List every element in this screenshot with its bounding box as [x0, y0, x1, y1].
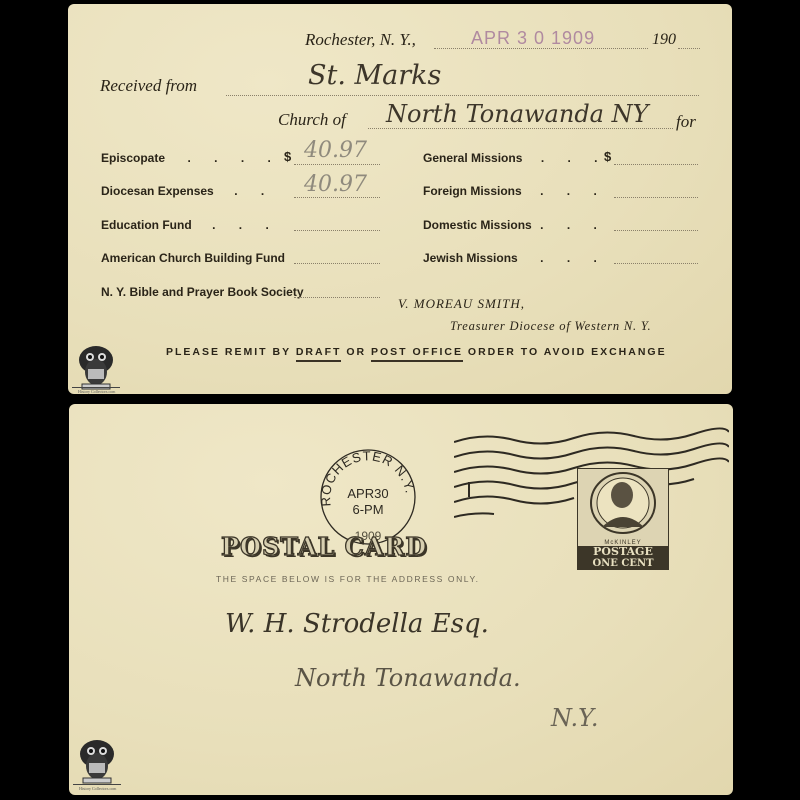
for-label: for [676, 112, 696, 132]
postcard-front: Rochester, N. Y., APR 3 0 1909 190 Recei… [68, 4, 732, 394]
logo-caption: History Collectors.com [78, 389, 115, 394]
address-line-3: N.Y. [551, 704, 598, 732]
fund-row-episcopate: Episcopate . . . . [101, 149, 281, 167]
city-label: Rochester, N. Y., [305, 30, 416, 50]
fund-leader: . . . [540, 251, 607, 265]
fund-label: Diocesan Expenses [101, 184, 214, 198]
church-of-line [368, 128, 673, 129]
fund-label: N. Y. Bible and Prayer Book Society [101, 285, 304, 299]
fund-leader: . . . . [187, 151, 280, 165]
received-date-stamp: APR 3 0 1909 [471, 28, 595, 49]
address-line-2: North Tonawanda. [295, 664, 521, 692]
amount-line [614, 197, 698, 198]
church-of-label: Church of [278, 110, 346, 130]
fund-label: Education Fund [101, 218, 192, 232]
stamp-postage: POSTAGE [578, 546, 668, 558]
postmark-date: APR30 [347, 486, 388, 501]
fund-row-domestic-missions: Domestic Missions . . . [423, 216, 607, 234]
amount-line [614, 263, 698, 264]
treasurer-name: V. MOREAU SMITH, [398, 296, 525, 312]
remit-text: ORDER TO AVOID EXCHANGE [463, 346, 667, 358]
remit-text: PLEASE REMIT BY [166, 346, 296, 358]
fund-row-general-missions: General Missions . . . [423, 149, 608, 167]
received-from-value: St. Marks [308, 60, 441, 91]
treasurer-title: Treasurer Diocese of Western N. Y. [450, 319, 651, 334]
fund-label: Jewish Missions [423, 251, 518, 265]
received-from-label: Received from [100, 76, 197, 96]
currency-sign: $ [284, 149, 291, 164]
postmark-time: 6-PM [352, 502, 383, 517]
fund-row-education-fund: Education Fund . . . [101, 216, 279, 234]
postage-stamp: McKINLEY POSTAGE ONE CENT [577, 468, 669, 570]
logo-rule [72, 387, 120, 388]
mckinley-portrait-icon [578, 469, 668, 535]
year-prefix: 190 [652, 31, 676, 49]
fund-label: American Church Building Fund [101, 251, 285, 265]
fund-label: Foreign Missions [423, 184, 522, 198]
received-from-line [226, 95, 699, 96]
amount-line [294, 230, 380, 231]
fund-row-bible-prayer-book: N. Y. Bible and Prayer Book Society [101, 283, 304, 301]
postal-card-heading: POSTAL CARD [221, 532, 427, 561]
currency-sign: $ [604, 149, 611, 164]
fund-leader: . . . [540, 218, 607, 232]
fund-label: General Missions [423, 151, 522, 165]
logo-caption: History Collectors.com [79, 786, 116, 791]
amount-line [294, 263, 380, 264]
fund-row-foreign-missions: Foreign Missions . . . [423, 182, 607, 200]
amount-line [294, 197, 380, 198]
year-line [678, 48, 700, 49]
fund-leader: . . . [540, 184, 607, 198]
remit-or: OR [341, 346, 371, 358]
remit-draft: DRAFT [296, 346, 342, 362]
address-only-note: THE SPACE BELOW IS FOR THE ADDRESS ONLY. [216, 574, 480, 584]
fund-leader: . . . [541, 151, 608, 165]
logo-rule [73, 784, 121, 785]
fund-row-american-church-building: American Church Building Fund [101, 249, 285, 267]
fund-label: Episcopate [101, 151, 165, 165]
church-of-value: North Tonawanda NY [386, 100, 648, 128]
stamp-value: ONE CENT [578, 558, 668, 570]
fund-row-diocesan-expenses: Diocesan Expenses . . [101, 182, 274, 200]
amount-line [614, 164, 698, 165]
postcard-back: ROCHESTER N.Y. APR30 6-PM 1909 McKINLEY … [69, 404, 733, 795]
amount-line [614, 230, 698, 231]
fund-leader: . . [234, 184, 274, 198]
owl-logo-icon [75, 736, 119, 790]
amount-episcopate: 40.97 [304, 138, 367, 163]
remit-post-office: POST OFFICE [371, 346, 463, 362]
fund-leader: . . . [212, 218, 279, 232]
address-line-1: W. H. Strodella Esq. [225, 609, 489, 639]
remit-notice: PLEASE REMIT BY DRAFT OR POST OFFICE ORD… [166, 346, 667, 358]
fund-label: Domestic Missions [423, 218, 532, 232]
amount-diocesan-expenses: 40.97 [304, 172, 367, 197]
amount-line [294, 164, 380, 165]
amount-line [294, 297, 380, 298]
fund-row-jewish-missions: Jewish Missions . . . [423, 249, 607, 267]
